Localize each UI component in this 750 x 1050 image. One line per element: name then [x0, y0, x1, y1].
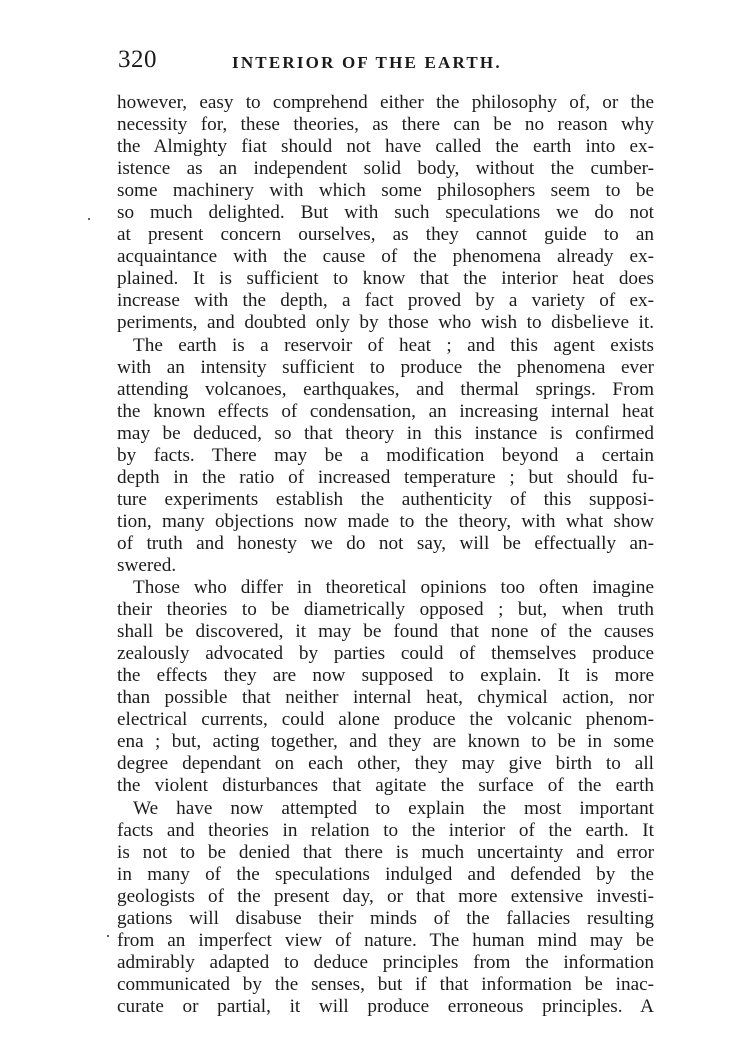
body-text: however, easy to comprehend either the p…: [117, 92, 654, 1018]
text-line: than possible that neither internal heat…: [117, 687, 654, 709]
running-head: 320 INTERIOR OF THE EARTH.: [114, 46, 654, 76]
text-line: facts and theories in relation to the in…: [117, 820, 654, 842]
text-line: is not to be denied that there is much u…: [117, 842, 654, 864]
text-line: by facts. There may be a modification be…: [117, 445, 654, 467]
text-line: attending volcanoes, earthquakes, and th…: [117, 379, 654, 401]
text-line: admirably adapted to deduce principles f…: [117, 952, 654, 974]
text-line: plained. It is sufficient to know that t…: [117, 268, 654, 290]
text-line: tion, many objections now made to the th…: [117, 511, 654, 533]
text-line: the violent disturbances that agitate th…: [117, 775, 654, 797]
text-line: depth in the ratio of increased temperat…: [117, 467, 654, 489]
text-line: at present concern ourselves, as they ca…: [117, 224, 654, 246]
text-line: ena ; but, acting together, and they are…: [117, 731, 654, 753]
text-line: increase with the depth, a fact proved b…: [117, 290, 654, 312]
margin-speck: [88, 218, 90, 220]
running-title: INTERIOR OF THE EARTH.: [232, 53, 502, 73]
text-line: acquaintance with the cause of the pheno…: [117, 246, 654, 268]
text-line: zealously advocated by parties could of …: [117, 643, 654, 665]
text-line: some machinery with which some philosoph…: [117, 180, 654, 202]
text-line: swered.: [117, 555, 654, 577]
text-line: the effects they are now supposed to exp…: [117, 665, 654, 687]
text-line: the known effects of condensation, an in…: [117, 401, 654, 423]
text-line: however, easy to comprehend either the p…: [117, 92, 654, 114]
page-number: 320: [118, 46, 157, 74]
text-line: We have now attempted to explain the mos…: [117, 798, 654, 820]
text-line: may be deduced, so that theory in this i…: [117, 423, 654, 445]
text-line: necessity for, these theories, as there …: [117, 114, 654, 136]
text-line: in many of the speculations indulged and…: [117, 864, 654, 886]
text-line: degree dependant on each other, they may…: [117, 753, 654, 775]
text-line: ture experiments establish the authentic…: [117, 489, 654, 511]
text-line: electrical currents, could alone produce…: [117, 709, 654, 731]
text-line: their theories to be diametrically oppos…: [117, 599, 654, 621]
paragraph: however, easy to comprehend either the p…: [117, 92, 654, 335]
text-line: gations will disabuse their minds of the…: [117, 908, 654, 930]
text-line: from an imperfect view of nature. The hu…: [117, 930, 654, 952]
paragraph: The earth is a reservoir of heat ; and t…: [117, 335, 654, 578]
text-line: The earth is a reservoir of heat ; and t…: [117, 335, 654, 357]
text-line: geologists of the present day, or that m…: [117, 886, 654, 908]
text-line: periments, and doubted only by those who…: [117, 312, 654, 334]
text-line: of truth and honesty we do not say, will…: [117, 533, 654, 555]
text-line: communicated by the senses, but if that …: [117, 974, 654, 996]
text-line: istence as an independent solid body, wi…: [117, 158, 654, 180]
text-line: Those who differ in theoretical opinions…: [117, 577, 654, 599]
text-line: with an intensity sufficient to produce …: [117, 357, 654, 379]
text-line: curate or partial, it will produce erron…: [117, 996, 654, 1018]
margin-speck: [107, 935, 109, 937]
paragraph: We have now attempted to explain the mos…: [117, 798, 654, 1018]
paragraph: Those who differ in theoretical opinions…: [117, 577, 654, 797]
book-page: 320 INTERIOR OF THE EARTH. however, easy…: [0, 0, 750, 1050]
text-line: so much delighted. But with such specula…: [117, 202, 654, 224]
text-line: the Almighty fiat should not have called…: [117, 136, 654, 158]
text-line: shall be discovered, it may be found tha…: [117, 621, 654, 643]
